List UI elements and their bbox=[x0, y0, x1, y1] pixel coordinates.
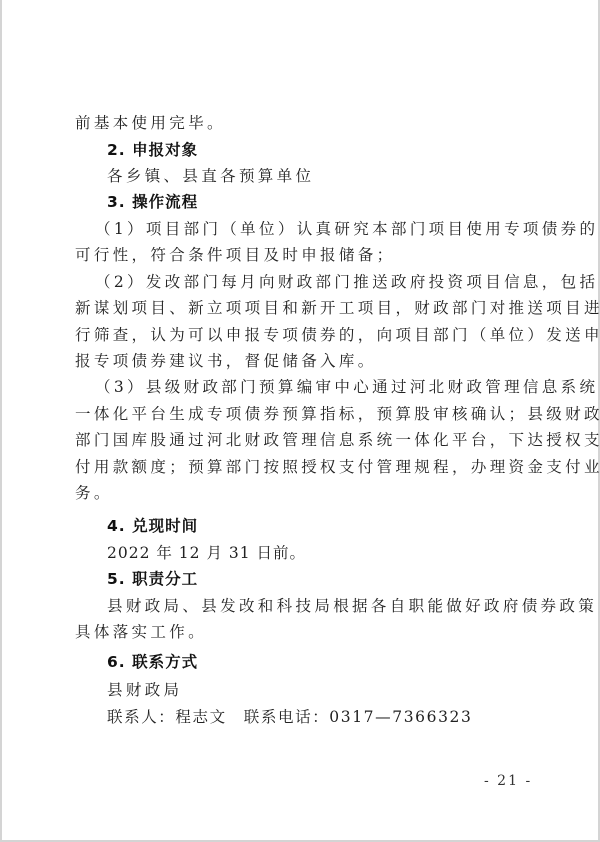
contact-line: 联系人：程志文 联系电话：0317—7366323 bbox=[107, 707, 472, 727]
body-text: 行筛查，认为可以申报专项债券的，向项目部门（单位）发送申 bbox=[75, 325, 600, 345]
section-heading: 4. 兑现时间 bbox=[107, 516, 198, 536]
body-text: 各乡镇、县直各预算单位 bbox=[107, 166, 314, 186]
body-text: 前基本使用完毕。 bbox=[75, 113, 226, 133]
body-text: （2）发改部门每月向财政部门推送政府投资项目信息，包括 bbox=[95, 272, 598, 292]
body-text: 具体落实工作。 bbox=[75, 622, 207, 642]
body-text: 县财政局 bbox=[107, 680, 182, 700]
body-text: 部门国库股通过河北财政管理信息系统一体化平台，下达授权支 bbox=[75, 430, 600, 450]
body-text: 一体化平台生成专项债券预算指标，预算股审核确认；县级财政 bbox=[75, 404, 600, 424]
body-text: 报专项债券建议书，督促储备入库。 bbox=[75, 351, 377, 371]
page-number: - 21 - bbox=[484, 773, 532, 789]
body-text: （3）县级财政部门预算编审中心通过河北财政管理信息系统 bbox=[95, 377, 598, 397]
body-text: 县财政局、县发改和科技局根据各自职能做好政府债券政策 bbox=[107, 596, 597, 616]
body-text: 新谋划项目、新立项项目和新开工项目，财政部门对推送项目进 bbox=[75, 298, 600, 318]
body-text: 2022 年 12 月 31 日前。 bbox=[107, 543, 306, 563]
body-text: 可行性，符合条件项目及时申报储备； bbox=[75, 245, 395, 265]
section-heading: 6. 联系方式 bbox=[107, 652, 198, 672]
section-heading: 3. 操作流程 bbox=[107, 192, 198, 212]
body-text: 付用款额度；预算部门按照授权支付管理规程，办理资金支付业 bbox=[75, 457, 600, 477]
section-heading: 5. 职责分工 bbox=[107, 569, 198, 589]
document-page: 前基本使用完毕。 2. 申报对象 各乡镇、县直各预算单位 3. 操作流程 （1）… bbox=[2, 0, 598, 840]
section-heading: 2. 申报对象 bbox=[107, 140, 198, 160]
body-text: 务。 bbox=[75, 483, 113, 503]
body-text: （1）项目部门（单位）认真研究本部门项目使用专项债券的 bbox=[95, 219, 598, 239]
